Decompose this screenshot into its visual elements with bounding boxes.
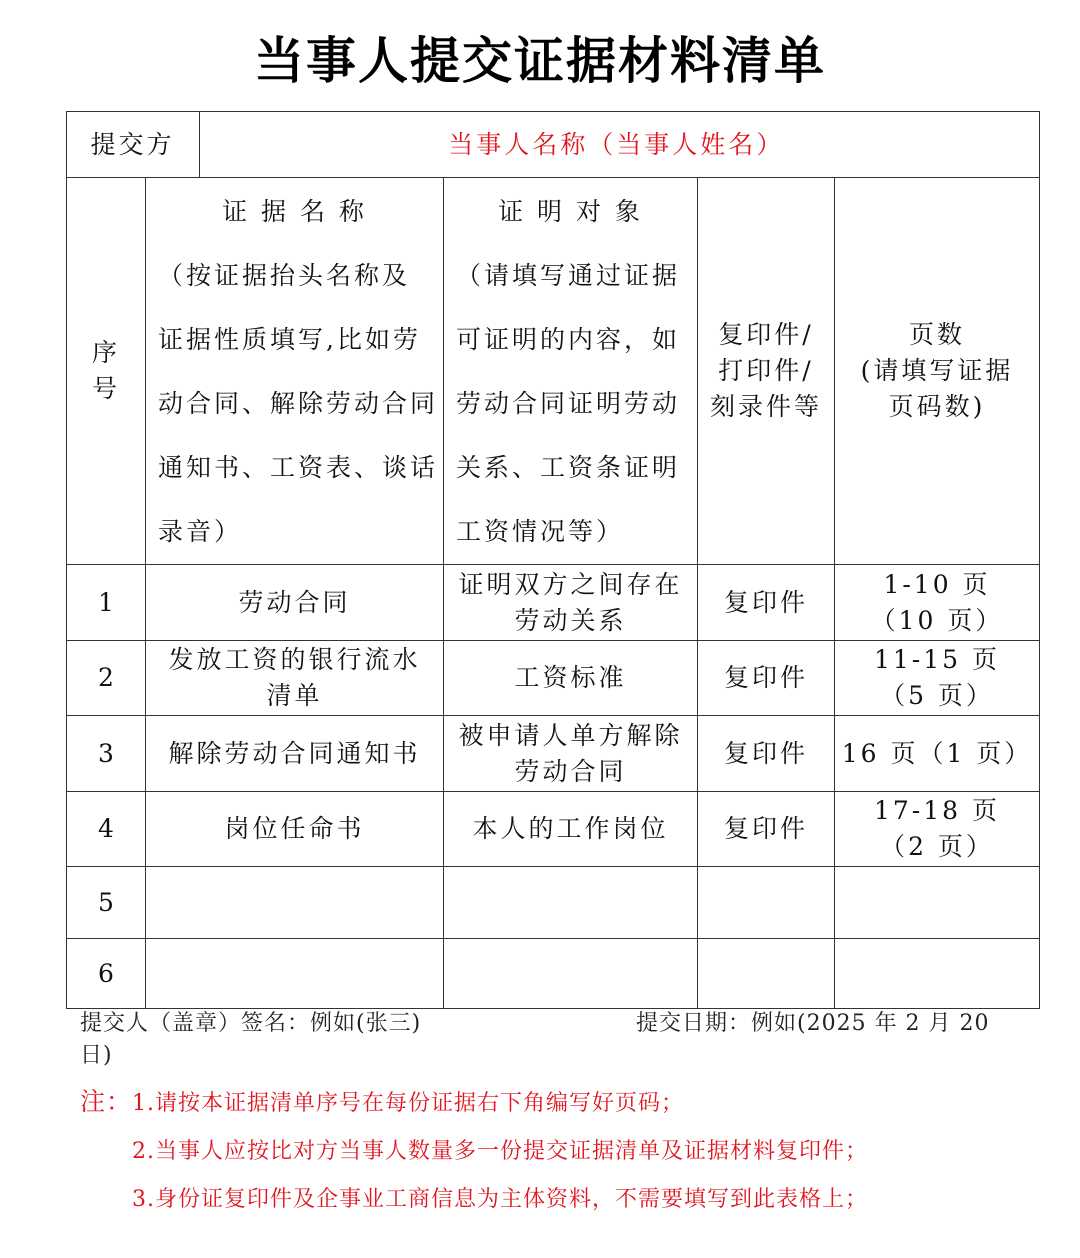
header-proof-object-hint: 关系、工资条证明 [456,436,697,500]
row-copy-type[interactable]: 复印件 [698,792,835,867]
header-seq: 序 号 [67,178,146,565]
header-copy-type-line: 打印件/ [698,353,834,389]
header-proof-object-hint: 劳动合同证明劳动 [456,372,697,436]
header-seq-line: 号 [67,371,145,407]
row-proof-object[interactable]: 本人的工作岗位 [444,792,698,867]
row-proof-object[interactable]: 被申请人单方解除 劳动合同 [444,716,698,792]
header-pages: 页数 (请填写证据 页码数) [835,178,1040,565]
row-evidence-name[interactable]: 解除劳动合同通知书 [146,716,444,792]
header-seq-line: 序 [67,335,145,371]
table-row: 4 岗位任命书 本人的工作岗位 复印件 17-18 页 （2 页） [67,792,1040,867]
row-proof-line: 劳动合同 [444,754,697,790]
row-evidence-name[interactable]: 发放工资的银行流水 清单 [146,641,444,716]
row-proof-line: 本人的工作岗位 [444,811,697,847]
row-pages-line: （2 页） [835,829,1039,865]
row-evidence-name[interactable]: 劳动合同 [146,565,444,641]
row-pages-line: 1-10 页 [835,567,1039,603]
table-row: 5 [67,867,1040,939]
note-text: 1.请按本证据清单序号在每份证据右下角编写好页码； [132,1091,684,1116]
row-pages[interactable]: 16 页（1 页） [835,716,1040,792]
row-pages[interactable]: 1-10 页 （10 页） [835,565,1040,641]
header-evidence-name-hint: 动合同、解除劳动合同 [158,372,443,436]
header-row: 序 号 证 据 名 称 （按证据抬头名称及 证据性质填写,比如劳 动合同、解除劳… [67,178,1040,565]
submitter-row: 提交方 当事人名称（当事人姓名） [67,112,1040,178]
row-evidence-name-line: 清单 [146,678,443,714]
header-evidence-name-hint: 通知书、工资表、谈话 [158,436,443,500]
row-seq: 4 [67,792,146,867]
header-proof-object-hint: 工资情况等） [456,500,697,564]
header-copy-type-line: 复印件/ [698,317,834,353]
header-pages-line: 页码数) [835,389,1039,425]
header-pages-line: 页数 [835,317,1039,353]
header-proof-object: 证 明 对 象 （请填写通过证据 可证明的内容，如 劳动合同证明劳动 关系、工资… [444,178,698,565]
row-pages[interactable] [835,867,1040,939]
notes: 注：1.请按本证据清单序号在每份证据右下角编写好页码； 2.当事人应按比对方当事… [80,1078,868,1224]
table-row: 1 劳动合同 证明双方之间存在 劳动关系 复印件 1-10 页 （10 页） [67,565,1040,641]
row-proof-object[interactable]: 工资标准 [444,641,698,716]
signature-line[interactable]: 提交人（盖章）签名：例如(张三) [80,1008,421,1040]
header-evidence-name-hint: （按证据抬头名称及 [158,244,443,308]
row-seq: 3 [67,716,146,792]
table-row: 3 解除劳动合同通知书 被申请人单方解除 劳动合同 复印件 16 页（1 页） [67,716,1040,792]
header-copy-type-line: 刻录件等 [698,389,834,425]
header-evidence-name-hint: 证据性质填写,比如劳 [158,308,443,372]
row-proof-line: 工资标准 [444,660,697,696]
row-pages[interactable]: 11-15 页 （5 页） [835,641,1040,716]
row-pages[interactable] [835,939,1040,1009]
row-seq: 2 [67,641,146,716]
row-pages[interactable]: 17-18 页 （2 页） [835,792,1040,867]
row-pages-line: （10 页） [835,603,1039,639]
row-seq: 5 [67,867,146,939]
row-pages-line: 17-18 页 [835,793,1039,829]
header-proof-object-title: 证 明 对 象 [456,180,697,244]
submitter-value-cell: 提交方 当事人名称（当事人姓名） [146,112,1040,178]
submission-date-line[interactable]: 提交日期：例如(2025 年 2 月 20 [636,1008,990,1040]
submitter-value[interactable]: 当事人名称（当事人姓名） [194,112,1040,177]
row-copy-type[interactable]: 复印件 [698,565,835,641]
header-pages-line: (请填写证据 [835,353,1039,389]
row-pages-line: 11-15 页 [835,642,1039,678]
notes-prefix: 注： [80,1087,132,1116]
row-evidence-name-line: 解除劳动合同通知书 [146,736,443,772]
row-evidence-name-line: 发放工资的银行流水 [146,642,443,678]
header-copy-type: 复印件/ 打印件/ 刻录件等 [698,178,835,565]
row-proof-object[interactable] [444,939,698,1009]
header-evidence-name-title: 证 据 名 称 [158,180,443,244]
note-item: 2.当事人应按比对方当事人数量多一份提交证据清单及证据材料复印件； [80,1128,868,1176]
note-item: 注：1.请按本证据清单序号在每份证据右下角编写好页码； [80,1078,868,1128]
header-evidence-name-hint: 录音） [158,500,443,564]
header-proof-object-hint: （请填写通过证据 [456,244,697,308]
row-copy-type[interactable] [698,939,835,1009]
submitter-label: 提交方 [67,112,200,177]
document-title: 当事人提交证据材料清单 [0,28,1080,94]
header-evidence-name: 证 据 名 称 （按证据抬头名称及 证据性质填写,比如劳 动合同、解除劳动合同 … [146,178,444,565]
row-copy-type[interactable]: 复印件 [698,641,835,716]
row-evidence-name-line: 岗位任命书 [146,811,443,847]
row-copy-type[interactable] [698,867,835,939]
row-pages-line: 16 页（1 页） [835,736,1039,772]
row-seq: 1 [67,565,146,641]
row-evidence-name[interactable]: 岗位任命书 [146,792,444,867]
row-evidence-name[interactable] [146,939,444,1009]
evidence-table: 提交方 当事人名称（当事人姓名） 序 号 证 据 名 称 （按证据抬头名称及 证… [66,111,1040,1009]
table-row: 6 [67,939,1040,1009]
row-evidence-name[interactable] [146,867,444,939]
row-evidence-name-line: 劳动合同 [146,585,443,621]
row-proof-object[interactable]: 证明双方之间存在 劳动关系 [444,565,698,641]
header-proof-object-hint: 可证明的内容，如 [456,308,697,372]
row-proof-line: 证明双方之间存在 [444,567,697,603]
submission-date-line-continued: 日) [80,1040,113,1072]
row-copy-type[interactable]: 复印件 [698,716,835,792]
row-pages-line: （5 页） [835,678,1039,714]
row-proof-object[interactable] [444,867,698,939]
table-row: 2 发放工资的银行流水 清单 工资标准 复印件 11-15 页 （5 页） [67,641,1040,716]
note-item: 3.身份证复印件及企事业工商信息为主体资料，不需要填写到此表格上； [80,1176,868,1224]
row-proof-line: 劳动关系 [444,603,697,639]
row-seq: 6 [67,939,146,1009]
row-proof-line: 被申请人单方解除 [444,718,697,754]
